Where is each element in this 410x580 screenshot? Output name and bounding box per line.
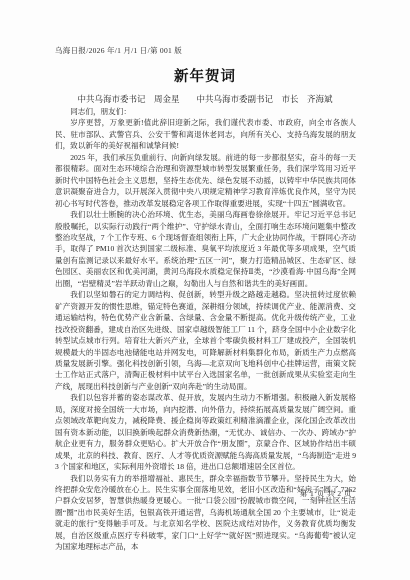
article-title: 新年贺词: [0, 65, 410, 86]
document-page: 乌海日报/2026 年/1 月/1 日/第 001 版 新年贺词 中共乌海市委书…: [0, 0, 410, 580]
article-byline: 中共乌海市委书记 周金星 中共乌海市委副书记 市长 齐海斌: [0, 93, 410, 105]
paragraph: 我们以务实有力的举措增福祉、惠民生，群众幸福指数节节攀升。坚持民生为大，始终把群…: [55, 473, 356, 553]
paragraph: 我们以壮士断腕的决心治环境、优生态，美丽乌海画卷徐徐展开。牢记习近平总书记殷殷嘱…: [55, 209, 356, 289]
paragraph: 2025 年，我们承压负重前行、向新向绿发展。前进的每一步都很坚实，奋斗的每一天…: [55, 152, 356, 209]
newspaper-masthead: 乌海日报/2026 年/1 月/1 日/第 001 版: [55, 45, 182, 56]
paragraph: 岁序更替，万象更新!值此辞旧迎新之际，我们谨代表市委、市政府，向全市各族人民、驻…: [55, 117, 356, 151]
paragraph: 我们以包容并蓄的姿态谋改革、促开放，发展内生动力不断增强。积极融入新发展格局，深…: [55, 392, 356, 472]
article-body: 同志们，朋友们：岁序更替，万象更新!值此辞旧迎新之际，我们谨代表市委、市政府，向…: [55, 106, 356, 553]
paragraph: 同志们，朋友们：: [55, 106, 356, 117]
page-number: 第 1 页 共 2 页: [300, 488, 352, 499]
paragraph: 我们以坚如磐石的定力调结构、促创新，转型升级之路越走越稳。坚决扭转过度依赖矿产资…: [55, 289, 356, 392]
